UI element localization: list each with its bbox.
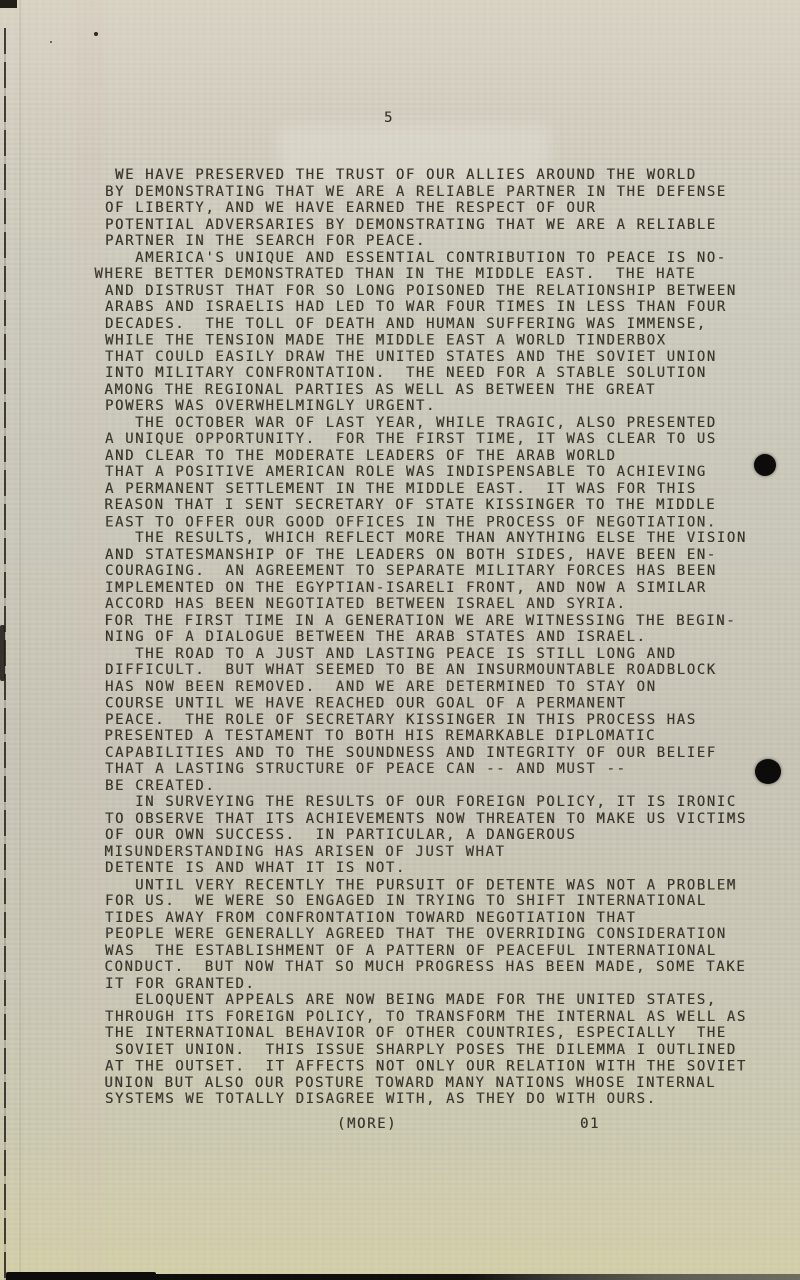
ink-speck — [50, 41, 52, 43]
text-line: POWERS WAS OVERWHELMINGLY URGENT. — [95, 398, 747, 415]
text-line: THE INTERNATIONAL BEHAVIOR OF OTHER COUN… — [95, 1025, 747, 1042]
text-line: ELOQUENT APPEALS ARE NOW BEING MADE FOR … — [95, 992, 747, 1009]
text-line: ARABS AND ISRAELIS HAD LED TO WAR FOUR T… — [95, 299, 747, 316]
footer-page-code: 01 — [580, 1116, 600, 1133]
text-line: A UNIQUE OPPORTUNITY. FOR THE FIRST TIME… — [95, 431, 747, 448]
text-line: IN SURVEYING THE RESULTS OF OUR FOREIGN … — [95, 794, 747, 811]
text-line: REASON THAT I SENT SECRETARY OF STATE KI… — [94, 497, 746, 514]
left-edge-line — [4, 28, 6, 1280]
text-line: WE HAVE PRESERVED THE TRUST OF OUR ALLIE… — [95, 167, 747, 184]
text-line: THAT A POSITIVE AMERICAN ROLE WAS INDISP… — [95, 464, 747, 481]
text-line: FOR US. WE WERE SO ENGAGED IN TRYING TO … — [95, 893, 747, 910]
text-line: CONDUCT. BUT NOW THAT SO MUCH PROGRESS H… — [94, 959, 746, 976]
text-line: THE RESULTS, WHICH REFLECT MORE THAN ANY… — [95, 530, 747, 547]
text-line: BE CREATED. — [95, 778, 747, 795]
paper-wash-top — [0, 0, 800, 150]
page-number: 5 — [384, 110, 394, 127]
text-line: POTENTIAL ADVERSARIES BY DEMONSTRATING T… — [95, 217, 747, 234]
scanned-page: 5 WE HAVE PRESERVED THE TRUST OF OUR ALL… — [0, 0, 800, 1280]
text-line: AND DISTRUST THAT FOR SO LONG POISONED T… — [95, 283, 747, 300]
text-line: DETENTE IS AND WHAT IT IS NOT. — [95, 860, 747, 877]
text-line: PRESENTED A TESTAMENT TO BOTH HIS REMARK… — [94, 728, 746, 745]
text-line: MISUNDERSTANDING HAS ARISEN OF JUST WHAT — [94, 844, 746, 861]
text-line: WAS THE ESTABLISHMENT OF A PATTERN OF PE… — [95, 943, 747, 960]
text-line: ACCORD HAS BEEN NEGOTIATED BETWEEN ISRAE… — [95, 596, 747, 613]
paper-wash-bottom — [0, 1144, 800, 1274]
text-line: WHERE BETTER DEMONSTRATED THAN IN THE MI… — [94, 266, 746, 283]
text-line: PEACE. THE ROLE OF SECRETARY KISSINGER I… — [95, 712, 747, 729]
punch-hole-top — [754, 454, 776, 476]
text-line: COURSE UNTIL WE HAVE REACHED OUR GOAL OF… — [95, 695, 747, 712]
text-line: SOVIET UNION. THIS ISSUE SHARPLY POSES T… — [95, 1042, 747, 1059]
text-line: THAT COULD EASILY DRAW THE UNITED STATES… — [95, 349, 747, 366]
text-line: THROUGH ITS FOREIGN POLICY, TO TRANSFORM… — [95, 1009, 747, 1026]
text-line: OF LIBERTY, AND WE HAVE EARNED THE RESPE… — [95, 200, 747, 217]
text-line: PEOPLE WERE GENERALLY AGREED THAT THE OV… — [95, 926, 747, 943]
text-line: DIFFICULT. BUT WHAT SEEMED TO BE AN INSU… — [95, 662, 747, 679]
text-line: AT THE OUTSET. IT AFFECTS NOT ONLY OUR R… — [95, 1058, 747, 1075]
punch-hole-bottom — [755, 759, 781, 784]
text-line: WHILE THE TENSION MADE THE MIDDLE EAST A… — [95, 332, 747, 349]
document-body: WE HAVE PRESERVED THE TRUST OF OUR ALLIE… — [95, 167, 747, 1108]
text-line: UNTIL VERY RECENTLY THE PURSUIT OF DETEN… — [95, 877, 747, 894]
text-line: HAS NOW BEEN REMOVED. AND WE ARE DETERMI… — [95, 679, 747, 696]
ink-speck — [94, 32, 98, 36]
text-line: THE OCTOBER WAR OF LAST YEAR, WHILE TRAG… — [95, 415, 747, 432]
paper-crease-line — [19, 0, 21, 1280]
text-line: IT FOR GRANTED. — [95, 976, 747, 993]
text-line: A PERMANENT SETTLEMENT IN THE MIDDLE EAS… — [95, 481, 747, 498]
scan-bottom-bar-dark-segment — [6, 1272, 156, 1280]
text-line: EAST TO OFFER OUR GOOD OFFICES IN THE PR… — [95, 514, 747, 531]
text-line: AND STATESMANSHIP OF THE LEADERS ON BOTH… — [95, 547, 747, 564]
text-line: CAPABILITIES AND TO THE SOUNDNESS AND IN… — [95, 745, 747, 762]
text-line: INTO MILITARY CONFRONTATION. THE NEED FO… — [95, 365, 747, 382]
text-line: TIDES AWAY FROM CONFRONTATION TOWARD NEG… — [95, 910, 747, 927]
text-line: UNION BUT ALSO OUR POSTURE TOWARD MANY N… — [94, 1075, 746, 1092]
text-line: THAT A LASTING STRUCTURE OF PEACE CAN --… — [95, 761, 747, 778]
text-line: BY DEMONSTRATING THAT WE ARE A RELIABLE … — [95, 184, 747, 201]
text-line: DECADES. THE TOLL OF DEATH AND HUMAN SUF… — [95, 316, 747, 333]
left-edge-ink-blob — [0, 625, 5, 681]
text-line: FOR THE FIRST TIME IN A GENERATION WE AR… — [94, 613, 746, 630]
text-line: OF OUR OWN SUCCESS. IN PARTICULAR, A DAN… — [95, 827, 747, 844]
text-line: AMERICA'S UNIQUE AND ESSENTIAL CONTRIBUT… — [95, 250, 747, 267]
text-line: AND CLEAR TO THE MODERATE LEADERS OF THE… — [95, 448, 747, 465]
text-line: NING OF A DIALOGUE BETWEEN THE ARAB STAT… — [95, 629, 747, 646]
text-line: AMONG THE REGIONAL PARTIES AS WELL AS BE… — [94, 382, 746, 399]
text-line: PARTNER IN THE SEARCH FOR PEACE. — [95, 233, 747, 250]
footer-more-label: (MORE) — [337, 1116, 397, 1133]
text-line: SYSTEMS WE TOTALLY DISAGREE WITH, AS THE… — [95, 1091, 747, 1108]
text-line: IMPLEMENTED ON THE EGYPTIAN-ISARELI FRON… — [95, 580, 747, 597]
top-left-corner-mark — [0, 0, 17, 8]
text-line: THE ROAD TO A JUST AND LASTING PEACE IS … — [95, 646, 747, 663]
text-line: TO OBSERVE THAT ITS ACHIEVEMENTS NOW THR… — [95, 811, 747, 828]
text-line: COURAGING. AN AGREEMENT TO SEPARATE MILI… — [95, 563, 747, 580]
